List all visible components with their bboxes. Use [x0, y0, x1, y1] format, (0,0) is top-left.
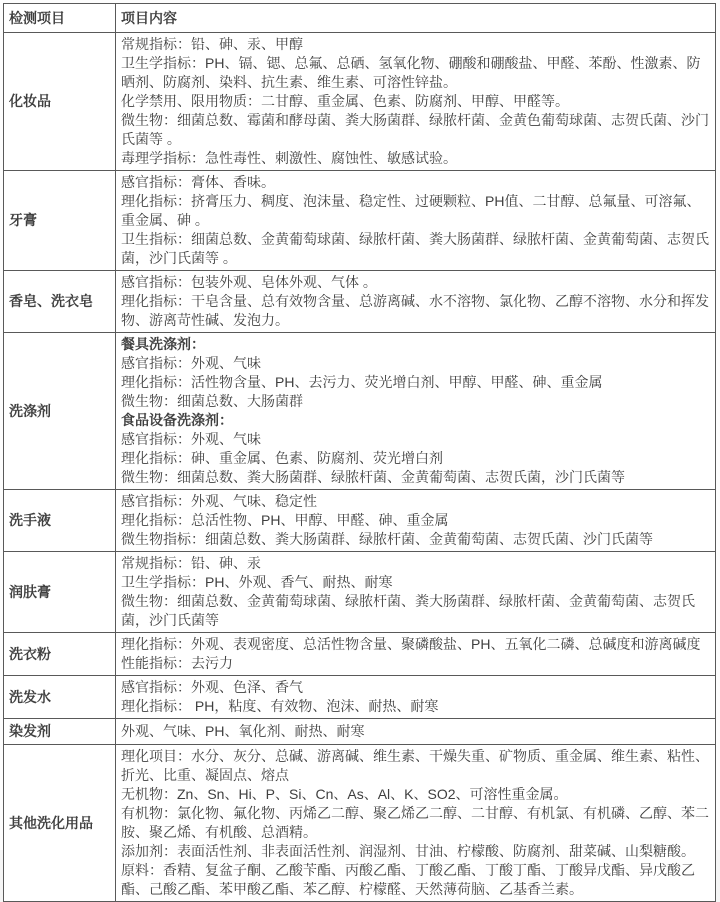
- content-paragraph: 卫生学指标：PH、镉、锶、总氟、总硒、氢氧化物、硼酸和硼酸盐、甲醛、苯酚、性激素…: [121, 54, 711, 92]
- content-paragraph: 感官指标：包装外观、皂体外观、气体 。: [121, 273, 711, 292]
- content-paragraph: 化学禁用、限用物质：二甘醇、重金属、色素、防腐剂、甲醇、甲醛等。: [121, 92, 711, 111]
- content-cell: 常规指标：铅、砷、汞卫生学指标：PH、外观、香气、耐热、耐寒微生物：细菌总数、金…: [116, 552, 716, 633]
- content-paragraph: 理化指标：砷、重金属、色素、防腐剂、荧光增白剂: [121, 449, 711, 468]
- content-paragraph: 有机物：氯化物、氟化物、丙烯乙二醇、聚乙烯乙二醇、二甘醇、有机氯、有机磷、乙醇、…: [121, 804, 711, 842]
- content-paragraph: 理化指标：干皂含量、总有效物含量、总游离碱、水不溶物、氯化物、乙醇不溶物、水分和…: [121, 292, 711, 330]
- content-paragraph: 理化指标：挤膏压力、稠度、泡沫量、稳定性、过硬颗粒、PH值、二甘醇、总氟量、可溶…: [121, 192, 711, 230]
- content-paragraph: 微生物指标：细菌总数、粪大肠菌群、绿脓杆菌、金黄葡萄菌、志贺氏菌、沙门氏菌等: [121, 530, 711, 549]
- table-header-row: 检测项目 项目内容: [4, 4, 716, 33]
- content-paragraph: 卫生学指标：PH、外观、香气、耐热、耐寒: [121, 573, 711, 592]
- content-paragraph: 感官指标：外观、气味: [121, 354, 711, 373]
- content-paragraph: 毒理学指标：急性毒性、刺激性、腐蚀性、敏感试验。: [121, 149, 711, 168]
- content-paragraph: 常规指标：铅、砷、汞、甲醇: [121, 35, 711, 54]
- content-paragraph: 理化指标：活性物含量、PH、去污力、荧光增白剂、甲醇、甲醛、砷、重金属: [121, 373, 711, 392]
- category-cell: 洗发水: [4, 676, 116, 719]
- table-row: 洗发水感官指标：外观、色泽、香气理化指标： PH，粘度、有效物、泡沫、耐热、耐寒: [4, 676, 716, 719]
- content-paragraph: 感官指标：外观、气味、稳定性: [121, 492, 711, 511]
- content-cell: 常规指标：铅、砷、汞、甲醇卫生学指标：PH、镉、锶、总氟、总硒、氢氧化物、硼酸和…: [116, 33, 716, 171]
- content-paragraph: 微生物：细菌总数、大肠菌群: [121, 392, 711, 411]
- category-cell: 洗涤剂: [4, 333, 116, 490]
- table-row: 化妆品常规指标：铅、砷、汞、甲醇卫生学指标：PH、镉、锶、总氟、总硒、氢氧化物、…: [4, 33, 716, 171]
- content-paragraph: 食品设备洗涤剂：: [121, 411, 711, 430]
- content-cell: 感官指标：包装外观、皂体外观、气体 。理化指标：干皂含量、总有效物含量、总游离碱…: [116, 271, 716, 333]
- table-row: 其他洗化用品理化项目：水分、灰分、总碱、游离碱、维生素、干燥失重、矿物质、重金属…: [4, 745, 716, 902]
- table-row: 牙膏感官指标：膏体、香味。理化指标：挤膏压力、稠度、泡沫量、稳定性、过硬颗粒、P…: [4, 171, 716, 271]
- content-paragraph: 感官指标：外观、色泽、香气: [121, 678, 711, 697]
- content-cell: 理化指标：外观、表观密度、总活性物含量、聚磷酸盐、PH、五氧化二磷、总碱度和游离…: [116, 633, 716, 676]
- content-cell: 理化项目：水分、灰分、总碱、游离碱、维生素、干燥失重、矿物质、重金属、维生素、粘…: [116, 745, 716, 902]
- content-paragraph: 理化项目：水分、灰分、总碱、游离碱、维生素、干燥失重、矿物质、重金属、维生素、粘…: [121, 747, 711, 785]
- content-paragraph: 微生物：细菌总数、霉菌和酵母菌、粪大肠菌群、绿脓杆菌、金黄色葡萄球菌、志贺氏菌、…: [121, 111, 711, 149]
- table-row: 润肤膏常规指标：铅、砷、汞卫生学指标：PH、外观、香气、耐热、耐寒微生物：细菌总…: [4, 552, 716, 633]
- table-row: 洗手液感官指标：外观、气味、稳定性理化指标：总活性物、PH、甲醇、甲醛、砷、重金…: [4, 490, 716, 552]
- content-paragraph: 无机物：Zn、Sn、Hi、P、Si、Cn、As、Al、K、SO2、可溶性重金属。: [121, 785, 711, 804]
- category-cell: 牙膏: [4, 171, 116, 271]
- table-row: 染发剂外观、气味、PH、氧化剂、耐热、耐寒: [4, 719, 716, 745]
- content-cell: 感官指标：膏体、香味。理化指标：挤膏压力、稠度、泡沫量、稳定性、过硬颗粒、PH值…: [116, 171, 716, 271]
- content-paragraph: 微生物：细菌总数、粪大肠菌群、绿脓杆菌、金黄葡萄菌、志贺氏菌，沙门氏菌等: [121, 468, 711, 487]
- category-cell: 洗手液: [4, 490, 116, 552]
- header-detection-item: 检测项目: [4, 4, 116, 33]
- document-page: 检测项目 项目内容 化妆品常规指标：铅、砷、汞、甲醇卫生学指标：PH、镉、锶、总…: [0, 0, 720, 850]
- category-cell: 洗衣粉: [4, 633, 116, 676]
- content-paragraph: 微生物：细菌总数、金黄葡萄球菌、绿脓杆菌、粪大肠菌群、绿脓杆菌、金黄葡萄菌、志贺…: [121, 592, 711, 630]
- content-paragraph: 餐具洗涤剂：: [121, 335, 711, 354]
- content-paragraph: 理化指标：总活性物、PH、甲醇、甲醛、砷、重金属: [121, 511, 711, 530]
- inspection-items-table: 检测项目 项目内容 化妆品常规指标：铅、砷、汞、甲醇卫生学指标：PH、镉、锶、总…: [3, 3, 716, 902]
- content-paragraph: 理化指标：外观、表观密度、总活性物含量、聚磷酸盐、PH、五氧化二磷、总碱度和游离…: [121, 635, 711, 654]
- category-cell: 其他洗化用品: [4, 745, 116, 902]
- content-cell: 感官指标：外观、色泽、香气理化指标： PH，粘度、有效物、泡沫、耐热、耐寒: [116, 676, 716, 719]
- content-paragraph: 常规指标：铅、砷、汞: [121, 554, 711, 573]
- category-cell: 化妆品: [4, 33, 116, 171]
- content-cell: 感官指标：外观、气味、稳定性理化指标：总活性物、PH、甲醇、甲醛、砷、重金属微生…: [116, 490, 716, 552]
- table-row: 洗涤剂餐具洗涤剂：感官指标：外观、气味理化指标：活性物含量、PH、去污力、荧光增…: [4, 333, 716, 490]
- content-paragraph: 原料：香精、复盆子酮、乙酸苄酯、丙酸乙酯、丁酸乙酯、丁酸丁酯、丁酸异戊酯、异戊酸…: [121, 861, 711, 899]
- content-paragraph: 卫生指标：细菌总数、金黄葡萄球菌、绿脓杆菌、粪大肠菌群、绿脓杆菌、金黄葡萄菌、志…: [121, 230, 711, 268]
- category-cell: 染发剂: [4, 719, 116, 745]
- content-paragraph: 性能指标：去污力: [121, 654, 711, 673]
- content-paragraph: 外观、气味、PH、氧化剂、耐热、耐寒: [121, 722, 711, 741]
- content-paragraph: 感官指标：外观、气味: [121, 430, 711, 449]
- category-cell: 润肤膏: [4, 552, 116, 633]
- content-paragraph: 感官指标：膏体、香味。: [121, 173, 711, 192]
- table-row: 洗衣粉理化指标：外观、表观密度、总活性物含量、聚磷酸盐、PH、五氧化二磷、总碱度…: [4, 633, 716, 676]
- table-row: 香皂、洗衣皂感官指标：包装外观、皂体外观、气体 。理化指标：干皂含量、总有效物含…: [4, 271, 716, 333]
- category-cell: 香皂、洗衣皂: [4, 271, 116, 333]
- content-paragraph: 理化指标： PH，粘度、有效物、泡沫、耐热、耐寒: [121, 697, 711, 716]
- content-paragraph: 添加剂：表面活性剂、非表面活性剂、润湿剂、甘油、柠檬酸、防腐剂、甜菜碱、山梨糖酸…: [121, 842, 711, 861]
- content-cell: 外观、气味、PH、氧化剂、耐热、耐寒: [116, 719, 716, 745]
- header-item-content: 项目内容: [116, 4, 716, 33]
- content-cell: 餐具洗涤剂：感官指标：外观、气味理化指标：活性物含量、PH、去污力、荧光增白剂、…: [116, 333, 716, 490]
